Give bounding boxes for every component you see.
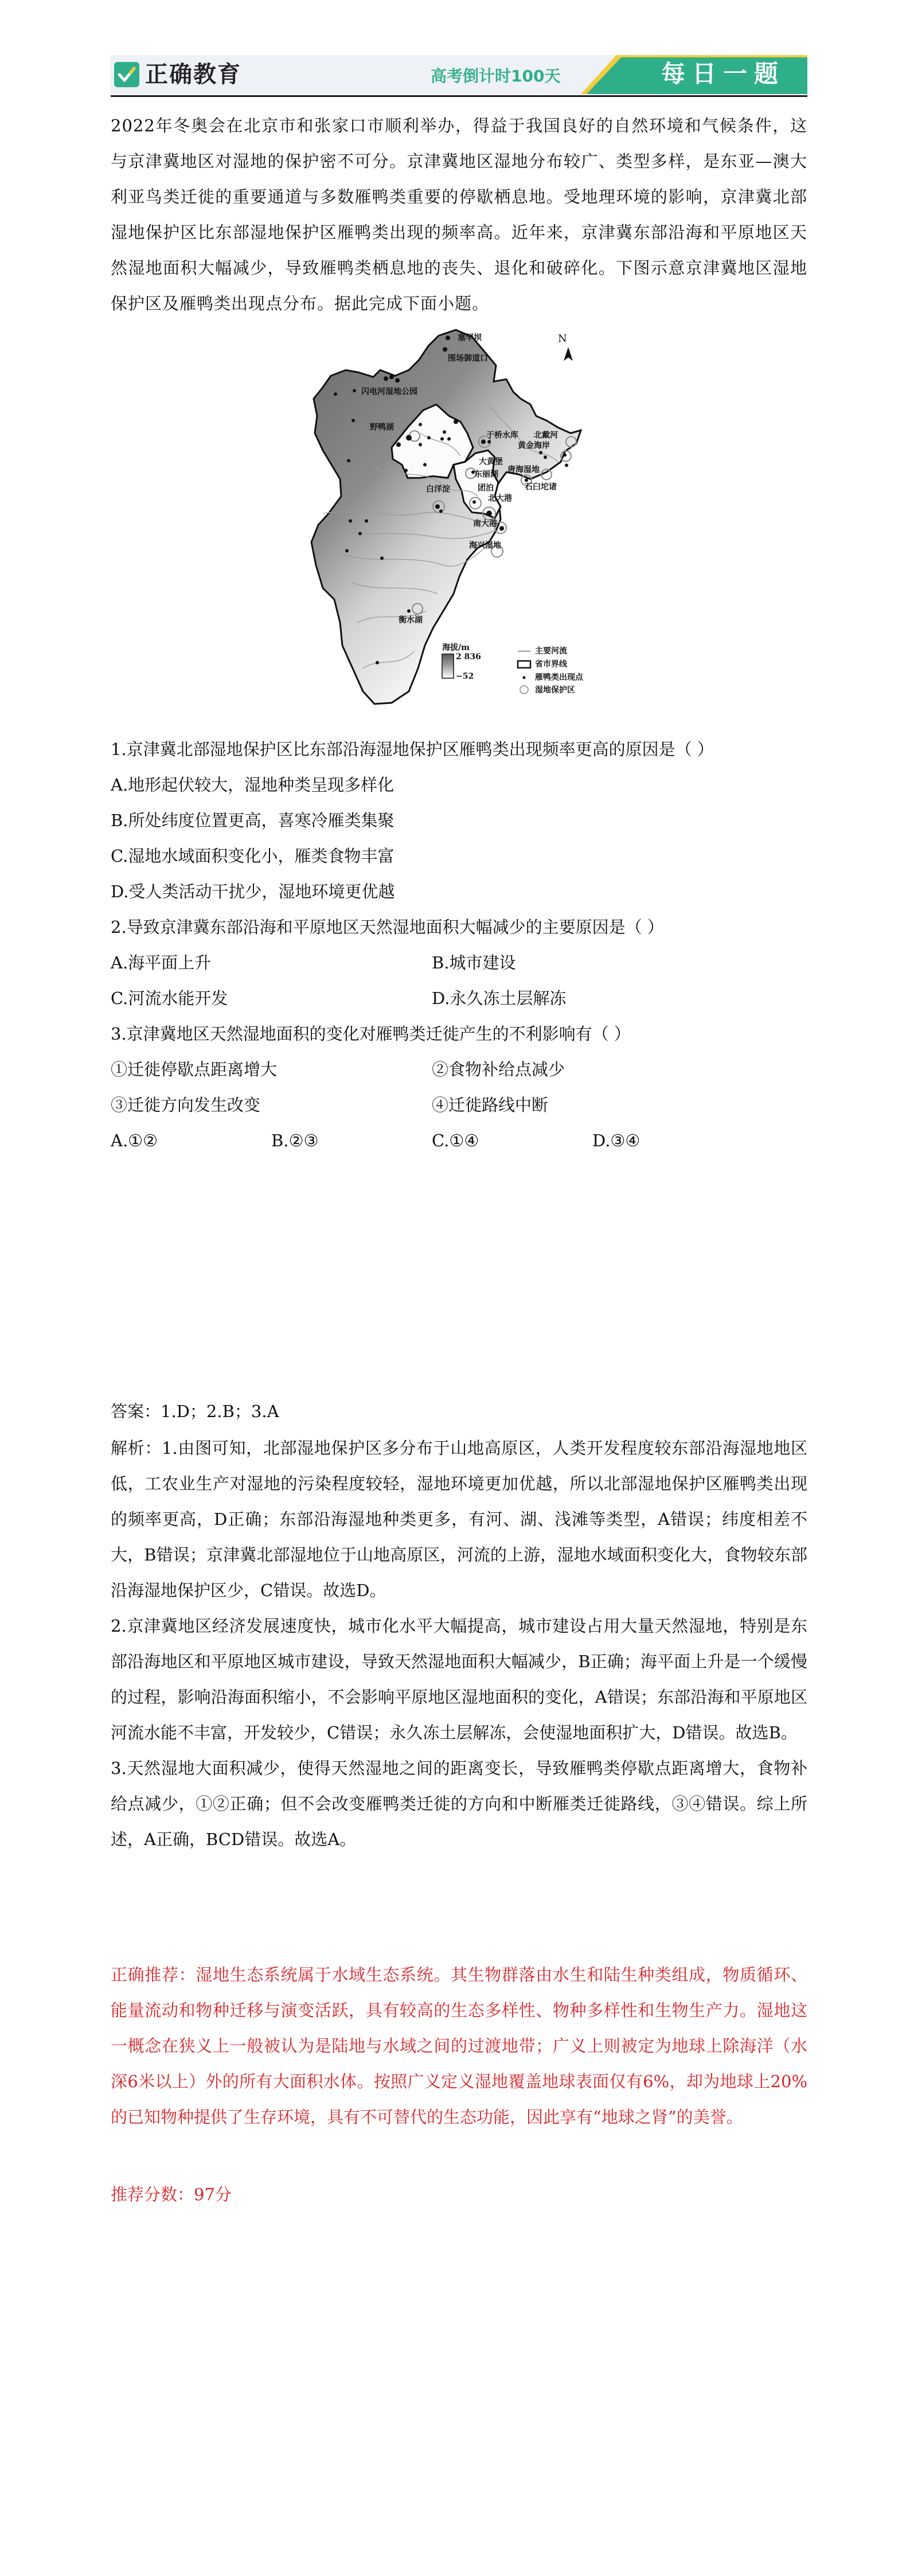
map-label-saihanba: 塞罕坝	[458, 333, 482, 343]
brand-name: 正确教育	[145, 62, 241, 87]
legend-boundary: 省市界线	[535, 660, 567, 669]
question-2-stem: 2.导致京津冀东部沿海和平原地区天然湿地面积大幅减少的主要原因是（ ）	[111, 916, 664, 939]
map-label-donglihu: 东丽湖	[474, 470, 498, 479]
question-3-option-c[interactable]: C.①④	[432, 1129, 479, 1152]
question-3-option-d[interactable]: D.③④	[592, 1129, 640, 1152]
map-label-beidaihe: 北戴河	[534, 431, 558, 440]
analysis-question-2: 2.京津冀地区经济发展速度快，城市化水平大幅提高，城市建设占用大量天然湿地，特别…	[111, 1608, 807, 1750]
map-label-yeyahu: 野鸭湖	[370, 423, 394, 432]
map-label-hengshuihu: 衡水湖	[399, 616, 423, 625]
legend-duck-point: 雁鸭类出现点	[535, 673, 583, 682]
brand: 正确教育	[114, 62, 241, 87]
exam-countdown: 高考倒计时100天	[431, 68, 560, 85]
legend-river: 主要河流	[535, 647, 567, 656]
legend-elevation-title: 海拔/m	[442, 643, 470, 652]
question-2-option-a[interactable]: A.海平面上升	[111, 951, 211, 974]
question-3-option-a[interactable]: A.①②	[111, 1129, 158, 1152]
question-2-option-c[interactable]: C.河流水能开发	[111, 987, 228, 1010]
question-1-option-a[interactable]: A.地形起伏较大，湿地种类呈现多样化	[111, 773, 394, 796]
answer-key: 答案：1.D；2.B；3.A	[111, 1400, 279, 1423]
map-label-shijiutuo: 石臼坨诸	[525, 482, 557, 492]
daily-question-tab: 每日一题	[581, 55, 807, 94]
map-label-dahuangbao: 大黄堡	[479, 457, 503, 466]
question-2-option-b[interactable]: B.城市建设	[432, 951, 516, 974]
header-divider	[111, 95, 807, 97]
map-label-huangjin: 黄金海岸	[518, 441, 550, 450]
recommendation-text: 正确推荐：湿地生态系统属于水域生态系统。其生物群落由水生和陆生种类组成，物质循环…	[111, 1957, 807, 2135]
recommendation-score: 推荐分数：97分	[111, 2183, 232, 2206]
analysis-question-3: 3.天然湿地大面积减少，使得天然湿地之间的距离变长，导致雁鸭类停歇点距离增大，食…	[111, 1750, 807, 1857]
daily-question-label: 每日一题	[661, 60, 785, 88]
map-label-haixing: 海兴湿地	[469, 541, 501, 550]
question-3-statement-3: ③迁徙方向发生改变	[111, 1094, 260, 1116]
north-arrow-icon	[564, 347, 573, 361]
map-label-weichang: 围场御道口	[448, 354, 488, 363]
question-1-option-c[interactable]: C.湿地水域面积变化小，雁类食物丰富	[111, 845, 394, 867]
question-1-option-d[interactable]: D.受人类活动干扰少，湿地环境更优越	[111, 880, 395, 903]
checkmark-logo-icon	[114, 62, 139, 87]
map-label-tuanbo: 团泊	[478, 484, 494, 493]
wetland-map-figure: N 塞罕坝 围场御道口 闪电河湿地公园 野鸭湖 于桥水库 北戴河 黄金海岸 大黄…	[306, 324, 604, 726]
question-3-option-b[interactable]: B.②③	[271, 1129, 319, 1152]
north-label: N	[558, 334, 567, 344]
map-label-baiyangdian: 白洋淀	[426, 485, 450, 494]
question-3-statement-4: ④迁徙路线中断	[432, 1094, 548, 1116]
question-3-statement-1: ①迁徙停歇点距离增大	[111, 1058, 277, 1081]
map-label-nandagang: 南大港	[473, 519, 497, 528]
question-1-option-b[interactable]: B.所处纬度位置更高，喜寒冷雁类集聚	[111, 809, 395, 832]
legend-reserve: 湿地保护区	[535, 686, 575, 695]
intro-paragraph: 2022年冬奥会在北京市和张家口市顺利举办，得益于我国良好的自然环境和气候条件，…	[111, 108, 807, 321]
legend-elevation-max: 2 836	[456, 652, 481, 661]
map-label-tanghai: 唐海湿地	[507, 465, 540, 474]
question-3-statement-2: ②食物补给点减少	[432, 1058, 565, 1081]
question-2-option-d[interactable]: D.永久冻土层解冻	[432, 987, 566, 1010]
legend-elevation-min: −52	[456, 672, 474, 681]
header-banner: 正确教育 高考倒计时100天 每日一题	[111, 55, 807, 94]
map-label-beidagang: 北大港	[488, 494, 512, 503]
question-1-stem: 1.京津冀北部湿地保护区比东部沿海湿地保护区雁鸭类出现频率更高的原因是（ ）	[111, 738, 714, 761]
map-label-shandianhe: 闪电河湿地公园	[361, 387, 417, 396]
question-3-stem: 3.京津冀地区天然湿地面积的变化对雁鸭类迁徙产生的不利影响有（ ）	[111, 1022, 631, 1045]
analysis-question-1: 解析：1.由图可知，北部湿地保护区多分布于山地高原区，人类开发程度较东部沿海湿地…	[111, 1430, 807, 1608]
map-label-yuqiao: 于桥水库	[486, 431, 518, 440]
